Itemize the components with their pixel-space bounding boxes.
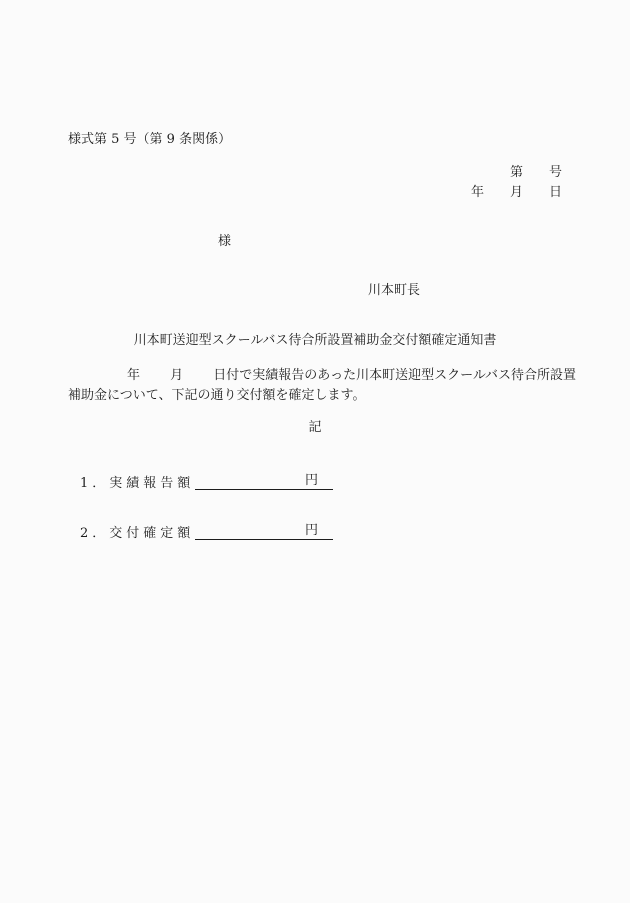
body-paragraph-line1: 年 月 日付で実績報告のあった川本町送迎型スクールバス待合所設置 xyxy=(75,369,576,384)
yen-unit-label: 円 xyxy=(305,473,318,488)
confirmed-amount-blank-field: 円 xyxy=(195,522,333,540)
document-title: 川本町送迎型スクールバス待合所設置補助金交付額確定通知書 xyxy=(0,334,630,349)
reported-amount-label: 1．実績報告額 xyxy=(80,472,194,491)
yen-unit-label: 円 xyxy=(305,523,318,538)
body-paragraph-line2: 補助金について、下記の通り交付額を確定します。 xyxy=(68,389,365,404)
record-marker: 記 xyxy=(0,421,630,436)
reported-amount-blank-field: 円 xyxy=(195,472,333,490)
addressee-honorific: 様 xyxy=(218,235,231,250)
confirmed-amount-label: 2．交付確定額 xyxy=(80,522,194,541)
form-number: 様式第 5 号（第 9 条関係） xyxy=(68,133,231,148)
document-page: 様式第 5 号（第 9 条関係） 第 号 年 月 日 様 川本町長 川本町送迎型… xyxy=(0,0,630,903)
issue-number-line: 第 号 xyxy=(510,166,562,181)
date-line: 年 月 日 xyxy=(471,186,562,201)
sender-name: 川本町長 xyxy=(368,284,420,299)
